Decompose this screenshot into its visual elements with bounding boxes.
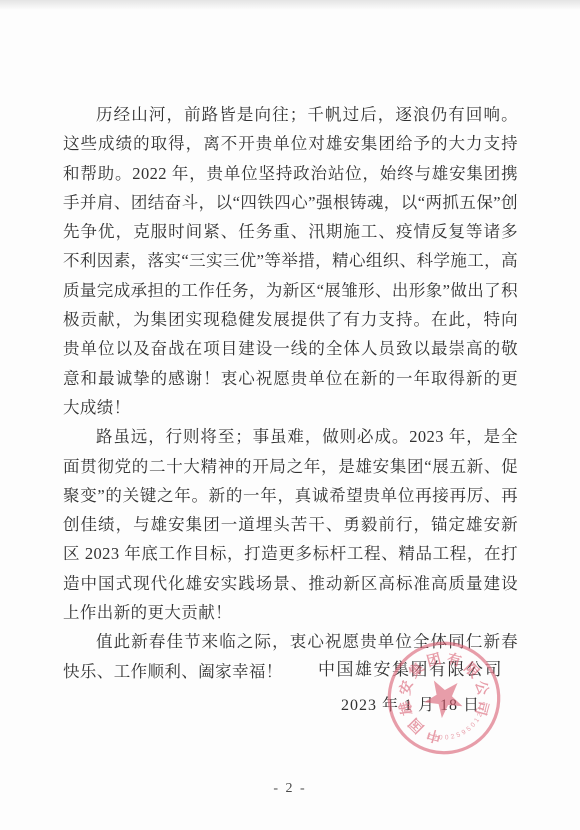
svg-text:中: 中 xyxy=(425,726,443,746)
svg-text:国: 国 xyxy=(405,715,427,737)
signature-block: 中国雄安集团有限公司 2023 年 1 月 18 日 xyxy=(318,655,503,715)
signature-date: 2023 年 1 月 18 日 xyxy=(318,692,503,715)
svg-text:0: 0 xyxy=(439,734,444,741)
paragraph-1: 历经山河，前路皆是向往；千帆过后，逐浪仍有回响。这些成绩的取得，离不开贵单位对雄… xyxy=(63,100,518,422)
svg-text:3: 3 xyxy=(432,733,438,741)
svg-text:5: 5 xyxy=(456,731,462,739)
svg-text:9: 9 xyxy=(461,729,468,737)
svg-text:0: 0 xyxy=(445,734,449,741)
scan-edge xyxy=(0,0,580,10)
svg-text:0: 0 xyxy=(470,721,478,729)
paragraph-2: 路虽远，行则将至；事虽难，做则必成。2023 年，是全面贯彻党的二十大精神的开局… xyxy=(63,422,518,627)
letter-page: 历经山河，前路皆是向往；千帆过后，逐浪仍有回响。这些成绩的取得，离不开贵单位对雄… xyxy=(0,0,580,830)
signature-company-name: 中国雄安集团有限公司 xyxy=(318,655,503,680)
svg-text:1: 1 xyxy=(473,717,481,724)
page-number: - 2 - xyxy=(0,781,580,797)
svg-text:2: 2 xyxy=(450,733,455,741)
svg-text:1: 1 xyxy=(426,731,432,739)
svg-text:5: 5 xyxy=(465,725,472,733)
letter-body: 历经山河，前路皆是向往；千帆过后，逐浪仍有回响。这些成绩的取得，离不开贵单位对雄… xyxy=(63,100,518,686)
